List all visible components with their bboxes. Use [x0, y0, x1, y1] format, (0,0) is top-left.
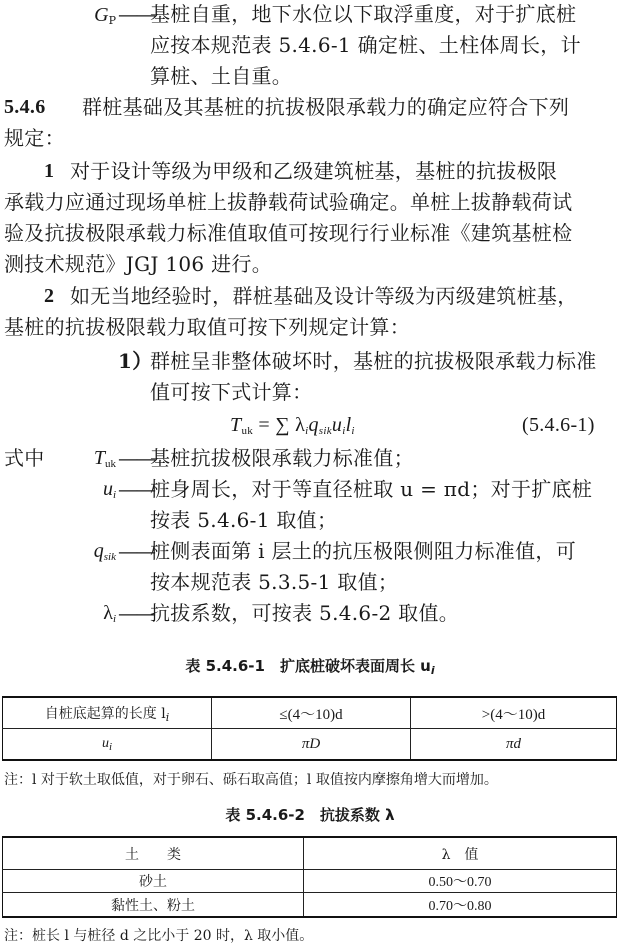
table-2-caption: 表 5.4.6-2 抗拔系数 λ	[0, 804, 620, 826]
table-1: 自桩底起算的长度 li ≤(4～10)d >(4～10)d ui πD πd	[2, 696, 617, 761]
definition-ui-line-1: 桩身周长，对于等直径桩取 u = πd；对于扩底桩	[150, 475, 592, 503]
table-cell: 0.50～0.70	[304, 870, 617, 893]
table-row: 黏性土、粉土 0.70～0.80	[3, 893, 617, 918]
subitem-1-line-1: 群桩呈非整体破坏时，基桩的抗拔极限承载力标准	[150, 347, 597, 375]
table-cell: 黏性土、粉土	[3, 893, 304, 918]
table-header-cell: λ 值	[304, 837, 617, 870]
section-title-line-2: 规定：	[4, 124, 65, 152]
definition-qsik-line-1: 桩侧表面第 i 层土的抗压极限侧阻力标准值，可	[150, 537, 576, 565]
table-row: 砂土 0.50～0.70	[3, 870, 617, 893]
continuation-line-2: 应按本规范表 5.4.6-1 确定桩、土柱体周长，计	[150, 31, 581, 59]
item-1-line-2: 承载力应通过现场单桩上拔静载荷试验确定。单桩上拔静载荷试	[4, 188, 572, 216]
subitem-1-number: 1）	[118, 347, 153, 375]
table-2: 土 类 λ 值 砂土 0.50～0.70 黏性土、粉土 0.70～0.80	[2, 836, 617, 918]
definition-dash: ——	[118, 475, 154, 503]
definition-ui-line-2: 按表 5.4.6-1 取值；	[150, 506, 337, 534]
table-cell: πD	[212, 729, 411, 761]
continuation-line-1: 基桩自重，地下水位以下取浮重度，对于扩底桩	[150, 0, 576, 28]
table-header-cell: 土 类	[3, 837, 304, 870]
definition-dash: ——	[118, 0, 154, 28]
item-2-number: 2	[44, 282, 54, 310]
item-2-line-1: 如无当地经验时，群桩基础及设计等级为丙级建筑桩基，	[70, 282, 578, 310]
table-cell: πd	[411, 729, 617, 761]
definition-tuk-line-1: 基桩抗拔极限承载力标准值；	[150, 444, 414, 472]
table-cell: ui	[3, 729, 212, 761]
item-2-line-2: 基桩的抗拔极限载力取值可按下列规定计算：	[4, 313, 410, 341]
where-label: 式中	[4, 444, 45, 472]
table-1-caption: 表 5.4.6-1 扩底桩破坏表面周长 ui	[0, 655, 620, 682]
continuation-line-3: 算桩、土自重。	[150, 62, 292, 90]
table-cell: 0.70～0.80	[304, 893, 617, 918]
table-1-note: 注：l 对于软土取低值，对于卵石、砾石取高值；l 取值按内摩擦角增大而增加。	[4, 770, 498, 790]
definition-symbol-gp: GP	[60, 0, 116, 35]
table-2-note: 注：桩长 l 与桩径 d 之比小于 20 时，λ 取小值。	[4, 926, 313, 946]
section-number: 5.4.6	[4, 93, 46, 121]
definition-symbol-tuk: Tuk	[50, 444, 116, 478]
section-title-line-1: 群桩基础及其基桩的抗拔极限承载力的确定应符合下列	[82, 93, 569, 121]
item-1-line-3: 验及抗拔极限承载力标准值取值可按现行行业标准《建筑基桩检	[4, 219, 572, 247]
table-cell: >(4～10)d	[411, 697, 617, 729]
definition-symbol-lambda: λi	[50, 599, 116, 633]
table-cell: 自桩底起算的长度 li	[3, 697, 212, 729]
definition-dash: ——	[118, 599, 154, 627]
table-row: ui πD πd	[3, 729, 617, 761]
definition-lambda-line-1: 抗拔系数，可按表 5.4.6-2 取值。	[150, 599, 459, 627]
table-row: 土 类 λ 值	[3, 837, 617, 870]
definition-symbol-qsik: qsik	[50, 537, 116, 571]
subitem-1-line-2: 值可按下式计算：	[150, 378, 312, 406]
definition-qsik-line-2: 按本规范表 5.3.5-1 取值；	[150, 568, 398, 596]
formula-number: (5.4.6-1)	[522, 411, 595, 439]
item-1-number: 1	[44, 157, 54, 185]
table-cell: ≤(4～10)d	[212, 697, 411, 729]
formula-5-4-6-1: Tuk = ∑ λiqsikuili	[230, 411, 355, 445]
definition-symbol-ui: ui	[50, 475, 116, 509]
table-row: 自桩底起算的长度 li ≤(4～10)d >(4～10)d	[3, 697, 617, 729]
item-1-line-4: 测技术规范》JGJ 106 进行。	[4, 250, 272, 278]
definition-dash: ——	[118, 537, 154, 565]
definition-dash: ——	[118, 444, 154, 472]
item-1-line-1: 对于设计等级为甲级和乙级建筑桩基，基桩的抗拔极限	[70, 157, 557, 185]
table-cell: 砂土	[3, 870, 304, 893]
